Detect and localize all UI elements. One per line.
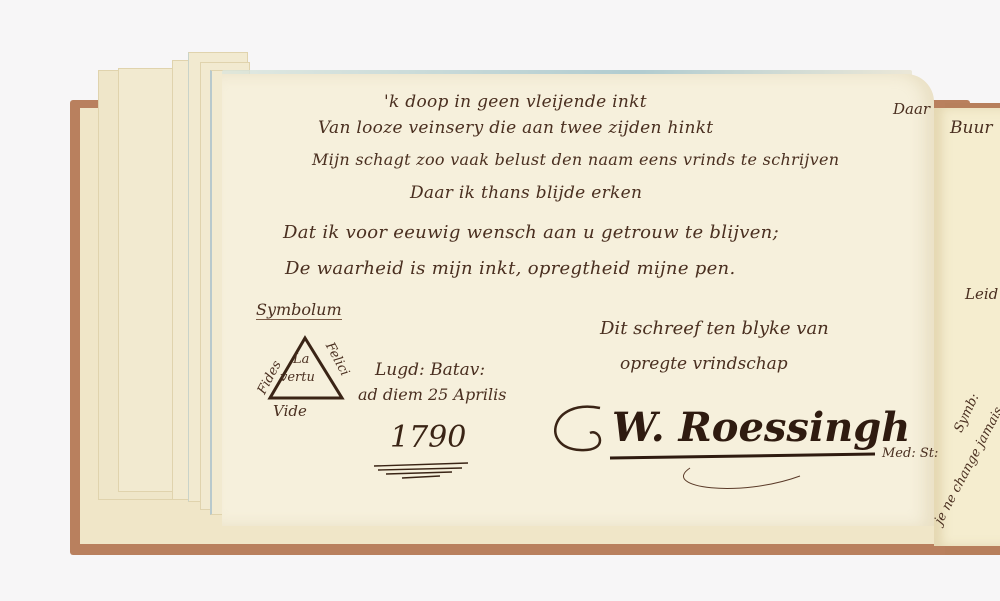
dedication-line-1: Dit schreef ten blyke van <box>600 318 829 339</box>
poem-line-5: Dat ik voor eeuwig wensch aan u getrouw … <box>283 222 779 243</box>
year: 1790 <box>390 420 466 455</box>
poem-line-2: Van looze veinsery die aan twee zijden h… <box>318 118 713 138</box>
right-page-middle-fragment: Leid <box>965 285 998 303</box>
symbolum-label: Symbolum <box>256 300 342 320</box>
dedication-line-2: opregte vrindschap <box>620 354 788 374</box>
signature-title: Med: St: <box>882 446 938 461</box>
signature: W. Roessingh <box>612 404 910 451</box>
poem-line-6: De waarheid is mijn inkt, opregtheid mij… <box>285 258 735 279</box>
right-page-top-fragment: Buur <box>950 118 993 138</box>
date-line: ad diem 25 Aprilis <box>358 385 506 404</box>
poem-line-4: Daar ik thans blijde erken <box>410 183 642 203</box>
catchword: Daar <box>893 100 930 118</box>
triangle-text-bottom: vertu <box>280 370 315 385</box>
triangle-text-top: La <box>293 352 309 367</box>
poem-line-1: 'k doop in geen vleijende inkt <box>384 92 647 112</box>
symbolum-below: Vide <box>273 402 307 420</box>
poem-line-3: Mijn schagt zoo vaak belust den naam een… <box>312 150 839 169</box>
place-line: Lugd: Batav: <box>375 360 485 380</box>
year-flourish <box>372 460 472 480</box>
